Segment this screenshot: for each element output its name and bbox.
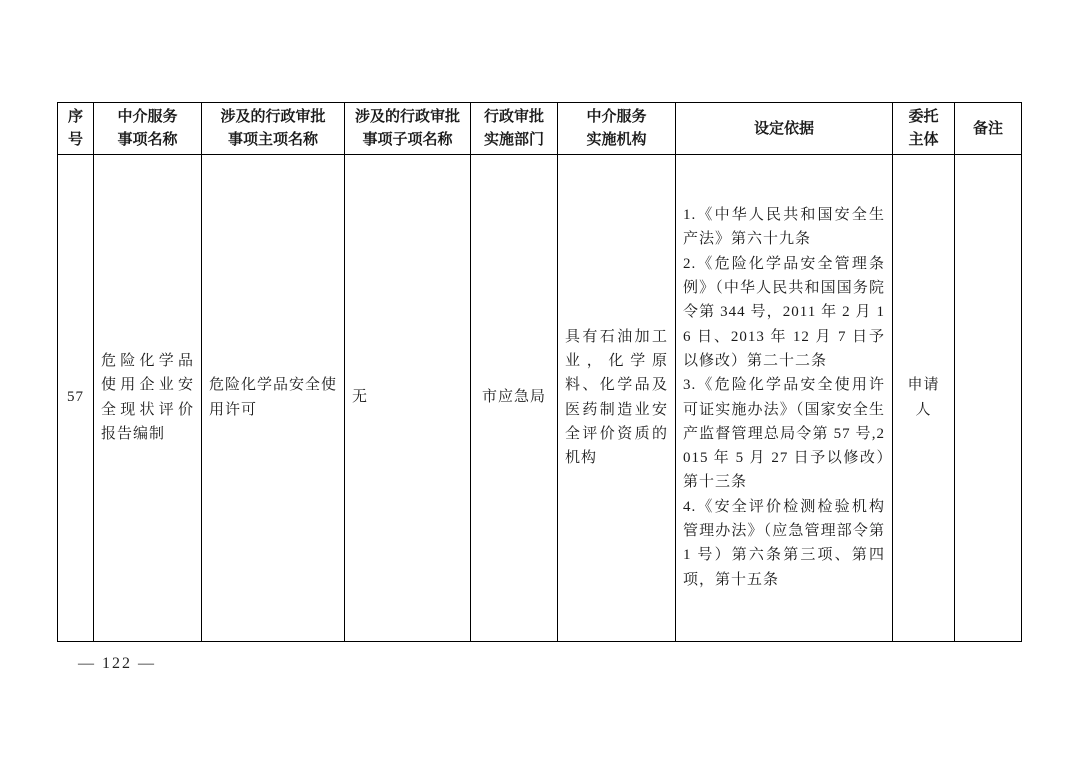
- col-header-approval-dept: 行政审批 实施部门: [471, 103, 558, 155]
- cell-remark: [955, 154, 1022, 641]
- col-header-service-name: 中介服务 事项名称: [94, 103, 202, 155]
- table-header-row: 序 号 中介服务 事项名称 涉及的行政审批 事项主项名称 涉及的行政审批 事项子…: [58, 103, 1022, 155]
- col-header-client: 委托 主体: [893, 103, 955, 155]
- cell-main-item: 危险化学品安全使用许可: [202, 154, 345, 641]
- cell-sub-item: 无: [345, 154, 471, 641]
- cell-seq: 57: [58, 154, 94, 641]
- document-page: 序 号 中介服务 事项名称 涉及的行政审批 事项主项名称 涉及的行政审批 事项子…: [0, 0, 1074, 757]
- page-number: — 122 —: [78, 655, 156, 673]
- col-header-seq: 序 号: [58, 103, 94, 155]
- cell-implementing-org: 具有石油加工业，化学原料、化学品及医药制造业安全评价资质的机构: [558, 154, 676, 641]
- cell-approval-dept: 市应急局: [471, 154, 558, 641]
- service-items-table: 序 号 中介服务 事项名称 涉及的行政审批 事项主项名称 涉及的行政审批 事项子…: [57, 102, 1022, 642]
- col-header-main-item: 涉及的行政审批 事项主项名称: [202, 103, 345, 155]
- cell-legal-basis: 1.《中华人民共和国安全生产法》第六十九条 2.《危险化学品安全管理条例》（中华…: [676, 154, 893, 641]
- col-header-remark: 备注: [955, 103, 1022, 155]
- col-header-sub-item: 涉及的行政审批 事项子项名称: [345, 103, 471, 155]
- cell-service-name: 危险化学品使用企业安全现状评价报告编制: [94, 154, 202, 641]
- table-row: 57 危险化学品使用企业安全现状评价报告编制 危险化学品安全使用许可 无 市应急…: [58, 154, 1022, 641]
- col-header-implementing-org: 中介服务 实施机构: [558, 103, 676, 155]
- cell-client: 申请人: [893, 154, 955, 641]
- col-header-legal-basis: 设定依据: [676, 103, 893, 155]
